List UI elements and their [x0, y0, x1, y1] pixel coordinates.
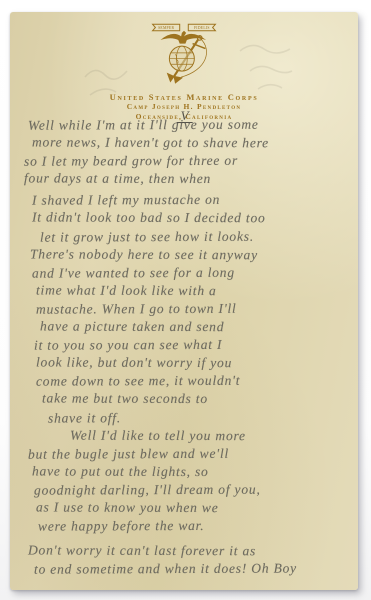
- letter-line: four days at a time, then when: [20, 170, 354, 189]
- letter-line: Don't worry it can't last forever it as: [20, 542, 354, 561]
- letter-line: as I use to know you when we: [20, 498, 354, 517]
- letter-line: have a picture taken and send: [20, 317, 354, 336]
- letter-line: Well I'd like to tell you more: [20, 426, 354, 445]
- usmc-eagle-globe-anchor-icon: SEMPER FIDELIS: [141, 20, 227, 90]
- letter-line: Well while I'm at it I'll give you some: [20, 115, 354, 135]
- letter-body: Well while I'm at it I'll give you somem…: [20, 116, 354, 578]
- letter-line: were happy before the war.: [20, 516, 354, 536]
- letter-line: it to you so you can see what I: [20, 335, 354, 355]
- banner-text-right: FIDELIS: [194, 26, 210, 30]
- banner-text-left: SEMPER: [158, 26, 174, 30]
- letterhead: SEMPER FIDELIS United States Marine Corp…: [10, 20, 358, 121]
- letter-line: It didn't look too bad so I decided too: [20, 209, 354, 228]
- letter-line: There's nobody here to see it anyway: [20, 245, 354, 264]
- letter-line: shave it off.: [20, 408, 354, 428]
- letterhead-corps-name: United States Marine Corps: [10, 92, 358, 102]
- letter-line: come down to see me, it wouldn't: [20, 372, 354, 392]
- letter-line: mustache. When I go to town I'll: [20, 299, 354, 319]
- letter-line: and I've wanted to see for a long: [20, 263, 354, 283]
- letter-line: to end sometime and when it does! Oh Boy: [20, 560, 354, 580]
- letter-line: goodnight darling, I'll dream of you,: [20, 480, 354, 500]
- letter-line: take me but two seconds to: [20, 390, 354, 409]
- letter-line: but the bugle just blew and we'll: [20, 444, 354, 464]
- letter-line: so I let my beard grow for three or: [20, 151, 354, 171]
- letter-line: time what I'd look like with a: [20, 281, 354, 300]
- letter-line: look like, but don't worry if you: [20, 354, 354, 373]
- letter-line: I shaved I left my mustache on: [20, 191, 354, 211]
- letter-line: let it grow just to see how it looks.: [20, 227, 354, 247]
- letter-paper: SEMPER FIDELIS United States Marine Corp…: [10, 12, 358, 590]
- letter-line: more news, I haven't got to shave here: [20, 134, 354, 153]
- letter-line: have to put out the lights, so: [20, 462, 354, 481]
